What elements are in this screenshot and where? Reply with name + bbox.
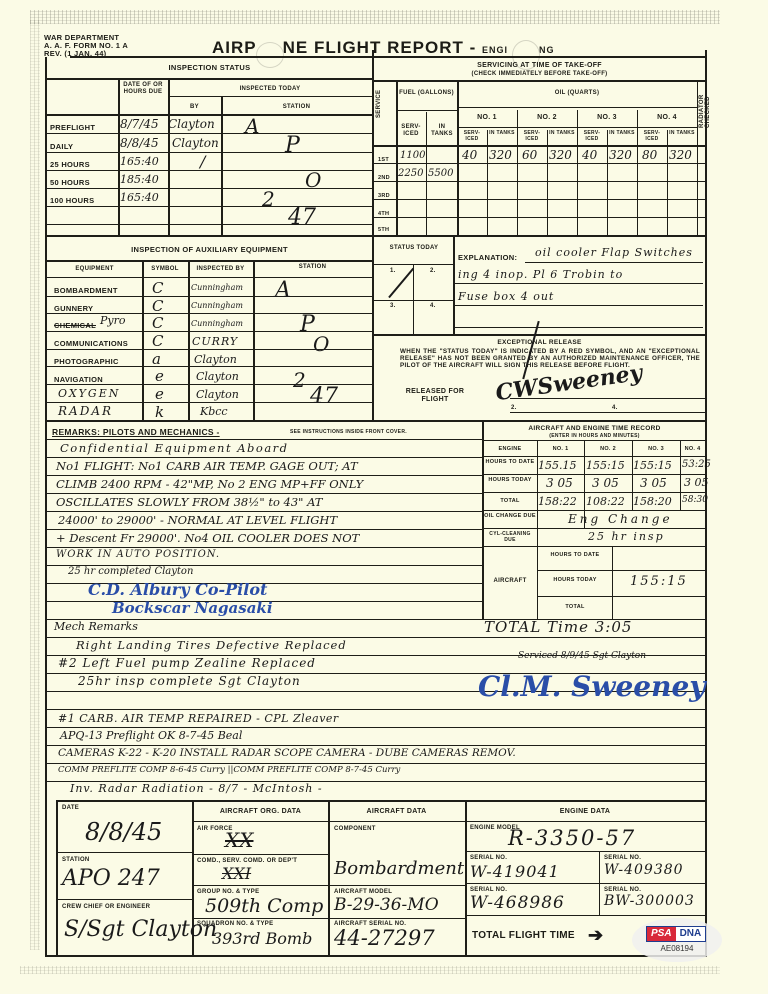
oil-3-serviced: 40 [582, 148, 597, 162]
oil-2-serviced: 60 [522, 148, 537, 162]
remark-line: COMM PREFLITE COMP 8-6-45 Curry ||COMM P… [58, 765, 400, 775]
scan-bottom-edge [20, 966, 720, 974]
col-inspected-today: INSPECTED TODAY [168, 86, 372, 92]
row-label-daily: DAILY [50, 142, 73, 151]
remark-line: 25 hr completed Clayton [68, 566, 193, 577]
equip-pyro: Pyro [100, 314, 126, 327]
fuel-1st-serviced: 1100 [400, 150, 425, 161]
equip-navigation: NAVIGATION [54, 375, 103, 384]
25h-due: 165:40 [120, 155, 159, 168]
oil-engine-2: NO. 2 [517, 114, 577, 121]
station-a: A [245, 114, 259, 138]
row-1st: 1ST [378, 157, 389, 163]
eng3-hours-today: 3 05 [640, 476, 667, 490]
time-record-title: AIRCRAFT AND ENGINE TIME RECORD [484, 425, 705, 432]
fuel-in-tanks-header: IN TANKS [427, 124, 457, 138]
aux-station-47: 47 [310, 384, 338, 409]
row-label-25-hours: 25 HOURS [50, 160, 90, 169]
engine-serial-3: W-468986 [470, 893, 565, 913]
row-label-100-hours: 100 HOURS [50, 196, 94, 205]
auxiliary-title: INSPECTION OF AUXILIARY EQUIPMENT [47, 245, 372, 254]
total-time-note: TOTAL Time 3:05 [484, 618, 632, 636]
col-inspected-by: INSPECTED BY [188, 266, 253, 272]
commander-signature: Cl.M. Sweeney [478, 670, 706, 703]
row-label-preflight: PREFLIGHT [50, 123, 95, 132]
eng4-hours-to-date: 53:25 [682, 459, 711, 470]
psa-dna-logo: PSA DNA [646, 926, 706, 942]
col-symbol: SYMBOL [142, 266, 188, 272]
aux-station-o: O [313, 332, 329, 356]
equip-chemical: CHEMICAL [54, 321, 96, 330]
cert-id: AE08194 [632, 944, 722, 953]
engine-model-value: R-3350-57 [508, 826, 636, 850]
100h-due: 165:40 [120, 191, 159, 204]
oil-change-note: Eng Change [568, 512, 673, 526]
fuel-serviced-header: SERV- ICED [396, 124, 426, 138]
eng1-hours-today: 3 05 [546, 476, 573, 490]
aircraft-hours-today: 155:15 [630, 574, 688, 589]
daily-by: Clayton [172, 136, 219, 150]
servicing-title: SERVICING AT TIME OF TAKE-OFF [374, 62, 705, 69]
eng2-hours-to-date: 155:15 [586, 459, 625, 472]
col-aux-station: STATION [253, 264, 372, 270]
col-date-due: DATE OF OR HOURS DUE [118, 82, 168, 96]
radiator-label: RADIATOR CHECKED [699, 83, 711, 128]
scan-top-edge [30, 10, 720, 24]
remark-line: WORK IN AUTO POSITION. [56, 549, 220, 560]
fuel-2nd-in-tanks: 5500 [428, 168, 453, 179]
service-label: SERVICE [376, 78, 382, 118]
daily-date: 8/8/45 [120, 136, 159, 150]
eng4-hours-today: 3 05 [684, 476, 709, 489]
equip-oxygen: OXYGEN [58, 387, 120, 400]
fuel-label: FUEL (GALLONS) [396, 90, 457, 97]
date-value: 8/8/45 [85, 818, 162, 846]
oil-engine-3: NO. 3 [577, 114, 637, 121]
servicing-subtitle: (CHECK IMMEDIATELY BEFORE TAKE-OFF) [374, 71, 705, 77]
oil-2-in-tanks: 320 [549, 148, 572, 162]
form-dept-block: WAR DEPARTMENT A. A. F. FORM NO. 1 A REV… [44, 34, 128, 58]
remark-line: #2 Left Fuel pump Zealine Replaced [58, 656, 316, 670]
remark-line: Mech Remarks [54, 620, 138, 633]
col-station: STATION [221, 104, 372, 110]
col-equipment: EQUIPMENT [47, 266, 142, 272]
status-today-title: STATUS TODAY [374, 245, 454, 252]
remark-line: OSCILLATES SLOWLY FROM 38½" to 43" AT [56, 495, 322, 509]
preflight-date: 8/7/45 [120, 117, 159, 131]
remark-line: CAMERAS K-22 - K-20 INSTALL RADAR SCOPE … [58, 747, 516, 759]
remarks-note: SEE INSTRUCTIONS INSIDE FRONT COVER. [290, 429, 407, 435]
remark-line: + Descent Fr 29000'. No4 OIL COOLER DOES… [56, 531, 359, 545]
explanation-line-3: Fuse box 4 out [458, 290, 554, 303]
arrow-right-icon: ➔ [588, 925, 603, 946]
explanation-line-1: oil cooler Flap Switches [535, 246, 693, 259]
col-by: BY [168, 104, 221, 110]
org-data-title: AIRCRAFT ORG. DATA [192, 808, 329, 815]
remark-line: CLIMB 2400 RPM - 42"MP, No 2 ENG MP+FF O… [56, 477, 363, 491]
inspection-status-title: INSPECTION STATUS [47, 63, 372, 72]
50h-due: 185:40 [120, 173, 159, 186]
oil-3-in-tanks: 320 [609, 148, 632, 162]
aircraft-serial-value: 44-27297 [334, 926, 435, 950]
group-value: 509th Comp [205, 895, 323, 917]
equip-bombardment: BOMBARDMENT [54, 286, 118, 295]
squadron-value: 393rd Bomb [212, 929, 312, 948]
aux-station-2: 2 [293, 368, 306, 392]
oil-1-serviced: 40 [462, 148, 477, 162]
date-label: DATE [62, 805, 79, 811]
total-flight-time-label: TOTAL FLIGHT TIME [472, 930, 575, 941]
engine-serial-2: W-409380 [604, 862, 684, 878]
aux-station-a: A [275, 278, 291, 303]
remark-line: 25hr insp complete Sgt Clayton [78, 674, 301, 688]
row-3rd: 3RD [378, 193, 390, 199]
oil-label: OIL (QUARTS) [457, 90, 697, 97]
component-label: COMPONENT [334, 826, 376, 832]
remark-line: Inv. Radar Radiation - 8/7 - McIntosh - [70, 782, 323, 795]
equip-radar: RADAR [58, 404, 113, 418]
eng2-total: 108:22 [586, 495, 625, 508]
station-p: P [285, 133, 300, 158]
oil-1-in-tanks: 320 [489, 148, 512, 162]
station-2: 2 [262, 187, 275, 211]
eng1-hours-to-date: 155.15 [538, 459, 577, 472]
remark-line: 24000' to 29000' - NORMAL AT LEVEL FLIGH… [58, 513, 337, 527]
command-value: XXI [222, 864, 251, 883]
engine-serial-4: BW-300003 [604, 893, 695, 909]
oil-4-serviced: 80 [642, 148, 657, 162]
remark-line: #1 CARB. AIR TEMP REPAIRED - CPL Zleaver [58, 712, 339, 725]
row-2nd: 2ND [378, 175, 390, 181]
serviced-note: Serviced 8/9/45 Sgt Clayton [518, 651, 646, 661]
preflight-by: Clayton [168, 117, 215, 131]
equip-gunnery: GUNNERY [54, 304, 93, 313]
aircraft-model-value: B-29-36-MO [334, 895, 439, 915]
released-for-flight-label: RELEASED FOR FLIGHT [395, 388, 475, 404]
equip-photographic: PHOTOGRAPHIC [54, 357, 119, 366]
explanation-line-2: ing 4 inop. Pl 6 Trobin to [458, 268, 623, 281]
dna-logo-text: DNA [676, 927, 706, 941]
squadron-label: SQUADRON NO. & TYPE [197, 921, 273, 927]
engine-data-title: ENGINE DATA [465, 808, 705, 815]
crew-chief-value: S/Sgt Clayton [64, 917, 217, 942]
station-47: 47 [288, 205, 316, 230]
eng3-hours-to-date: 155:15 [633, 459, 672, 472]
psa-logo-text: PSA [647, 927, 676, 941]
equip-communications: COMMUNICATIONS [54, 339, 128, 348]
eng3-total: 158:20 [633, 495, 672, 508]
oil-4-in-tanks: 320 [669, 148, 692, 162]
time-record-subtitle: (ENTER IN HOURS AND MINUTES) [484, 433, 705, 439]
remark-line: Confidential Equipment Aboard [60, 441, 289, 455]
remark-line: Right Landing Tires Defective Replaced [76, 638, 347, 652]
oil-engine-4: NO. 4 [637, 114, 697, 121]
row-5th: 5TH [378, 227, 389, 233]
eng4-total: 58:30 [682, 495, 708, 505]
exceptional-release-title: EXCEPTIONAL RELEASE [374, 339, 705, 346]
copilot-signature: C.D. Albury Co-Pilot [88, 580, 267, 599]
crew-chief-label: CREW CHIEF OR ENGINEER [62, 904, 150, 910]
component-value: Bombardment [334, 858, 464, 879]
explanation-label: EXPLANATION: [458, 253, 517, 262]
scan-left-edge [30, 20, 40, 950]
aircraft-label: AIRCRAFT [484, 578, 536, 584]
oil-engine-1: NO. 1 [457, 114, 517, 121]
row-label-50-hours: 50 HOURS [50, 178, 90, 187]
station-o: O [305, 168, 321, 192]
eng1-total: 158:22 [538, 495, 577, 508]
air-force-value: XX [225, 828, 253, 852]
remark-line: APQ-13 Preflight OK 8-7-45 Beal [60, 729, 242, 742]
eng2-hours-today: 3 05 [592, 476, 619, 490]
authentication-sticker: PSA DNA AE08194 [632, 918, 722, 962]
aircraft-name-mission: Bockscar Nagasaki [112, 599, 273, 617]
exceptional-release-text: WHEN THE "STATUS TODAY" IS INDICATED BY … [400, 348, 700, 369]
engine-serial-1: W-419041 [470, 862, 560, 881]
cyl-cleaning-note: 25 hr insp [588, 530, 665, 543]
station-label: STATION [62, 857, 90, 863]
station-value: APO 247 [62, 866, 160, 891]
25h-by: / [200, 152, 205, 171]
aircraft-data-title: AIRCRAFT DATA [328, 808, 465, 815]
row-4th: 4TH [378, 211, 389, 217]
fuel-2nd-serviced: 2250 [398, 168, 423, 179]
remarks-title: REMARKS: PILOTS AND MECHANICS - [52, 427, 220, 437]
remark-line: No1 FLIGHT: No1 CARB AIR TEMP. GAGE OUT;… [56, 459, 358, 473]
